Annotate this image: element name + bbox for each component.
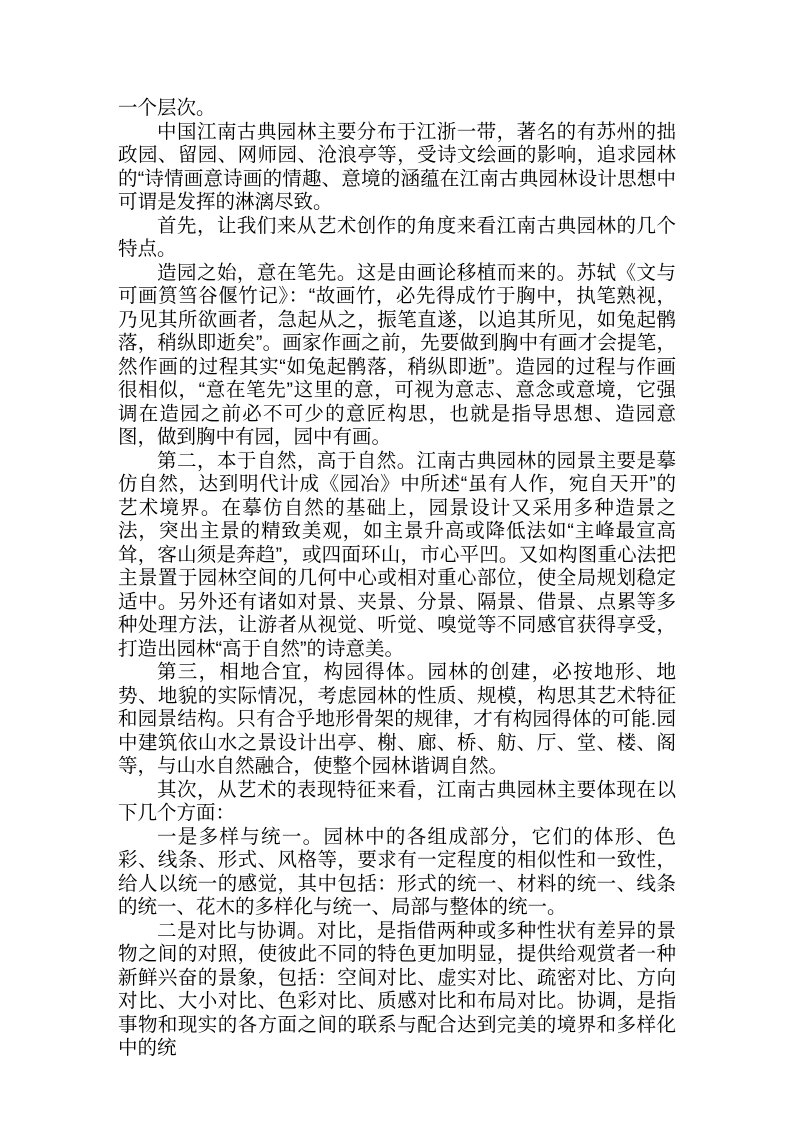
paragraph-continuation-tail: 一个层次。	[118, 97, 676, 121]
document-text-body: 一个层次。 中国江南古典园林主要分布于江浙一带，著名的有苏州的拙政园、留园、网师…	[0, 0, 794, 1061]
paragraph-shouxian-lead-in: 首先，让我们来从艺术创作的角度来看江南古典园林的几个特点。	[118, 215, 676, 262]
paragraph-aspect-1-diversity-unity: 一是多样与统一。园林中的各组成部分，它们的体形、色彩、线条、形式、风格等，要求有…	[118, 826, 676, 920]
paragraph-feature-2-ben-yu-ziran: 第二，本于自然，高于自然。江南古典园林的园景主要是摹仿自然，达到明代计成《园冶》…	[118, 450, 676, 662]
paragraph-feature-3-xiangdi-heyi: 第三，相地合宜，构园得体。园林的创建，必按地形、地势、地貌的实际情况，考虑园林的…	[118, 661, 676, 779]
paragraph-qici-lead-in: 其次，从艺术的表现特征来看，江南古典园林主要体现在以下几个方面：	[118, 779, 676, 826]
paragraph-aspect-2-contrast-harmony: 二是对比与协调。对比，是指借两种或多种性状有差异的景物之间的对照，使彼此不同的特…	[118, 920, 676, 1061]
document-page: 一个层次。 中国江南古典园林主要分布于江浙一带，著名的有苏州的拙政园、留园、网师…	[0, 0, 794, 1123]
paragraph-feature-1-yi-zai-bi-xian: 造园之始，意在笔先。这是由画论移植而来的。苏轼《文与可画筼筜谷偃竹记》：“故画竹…	[118, 262, 676, 450]
paragraph-jiangnan-gardens-intro: 中国江南古典园林主要分布于江浙一带，著名的有苏州的拙政园、留园、网师园、沧浪亭等…	[118, 121, 676, 215]
